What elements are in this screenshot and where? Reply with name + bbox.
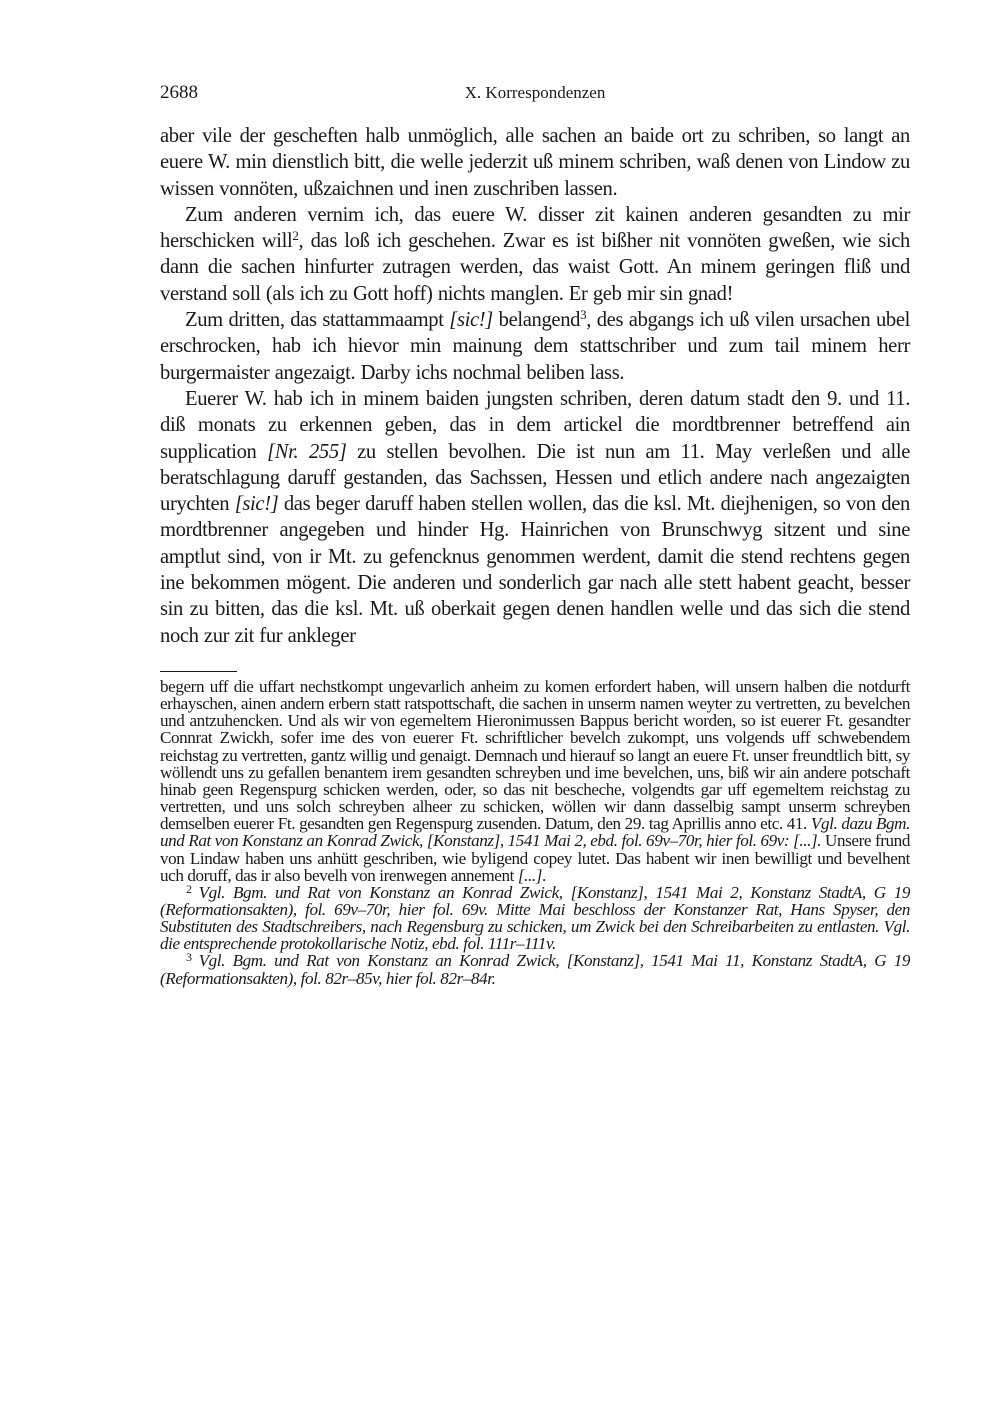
paragraph-text: das beger daruff haben stellen wollen, d… [160,493,910,646]
footnote-editorial: [...] [518,866,542,885]
paragraph-second-point: Zum anderen vernim ich, das euere W. dis… [160,202,910,307]
footnote-2: 2Vgl. Bgm. und Rat von Konstanz an Konra… [160,884,910,953]
editorial-crossref: [Nr. 255] [267,441,346,463]
footnote-text: Vgl. Bgm. und Rat von Konstanz an Konrad… [160,883,910,953]
editorial-note: [sic!] [235,493,279,515]
footnote-text: begern uff die uffart nechstkompt ungeva… [160,677,910,833]
footnote-text: . [542,866,546,885]
paragraph-continuation: aber vile der gescheften halb unmöglich,… [160,123,910,202]
section-title: X. Korrespondenzen [160,80,910,106]
paragraph-text: Zum dritten, das stattammaampt [185,309,449,331]
footnote-separator [160,671,237,672]
paragraph-third-point: Zum dritten, das stattammaampt [sic!] be… [160,307,910,386]
running-header: 2688 X. Korrespondenzen [160,80,910,106]
footnote-number: 3 [186,950,192,964]
footnote-continued: begern uff die uffart nechstkompt ungeva… [160,678,910,884]
footnote-text: Vgl. Bgm. und Rat von Konstanz an Konrad… [160,951,910,987]
paragraph-text: aber vile der gescheften halb unmöglich,… [160,125,910,200]
footnote-number: 2 [186,882,192,896]
document-page: 2688 X. Korrespondenzen aber vile der ge… [160,80,910,987]
main-text: aber vile der gescheften halb unmöglich,… [160,123,910,649]
footnotes: begern uff die uffart nechstkompt ungeva… [160,678,910,987]
editorial-note: [sic!] [449,309,493,331]
footnote-3: 3Vgl. Bgm. und Rat von Konstanz an Konra… [160,952,910,986]
paragraph-text: belangend [493,309,580,331]
paragraph-supplication: Euerer W. hab ich in minem baiden jungst… [160,386,910,649]
